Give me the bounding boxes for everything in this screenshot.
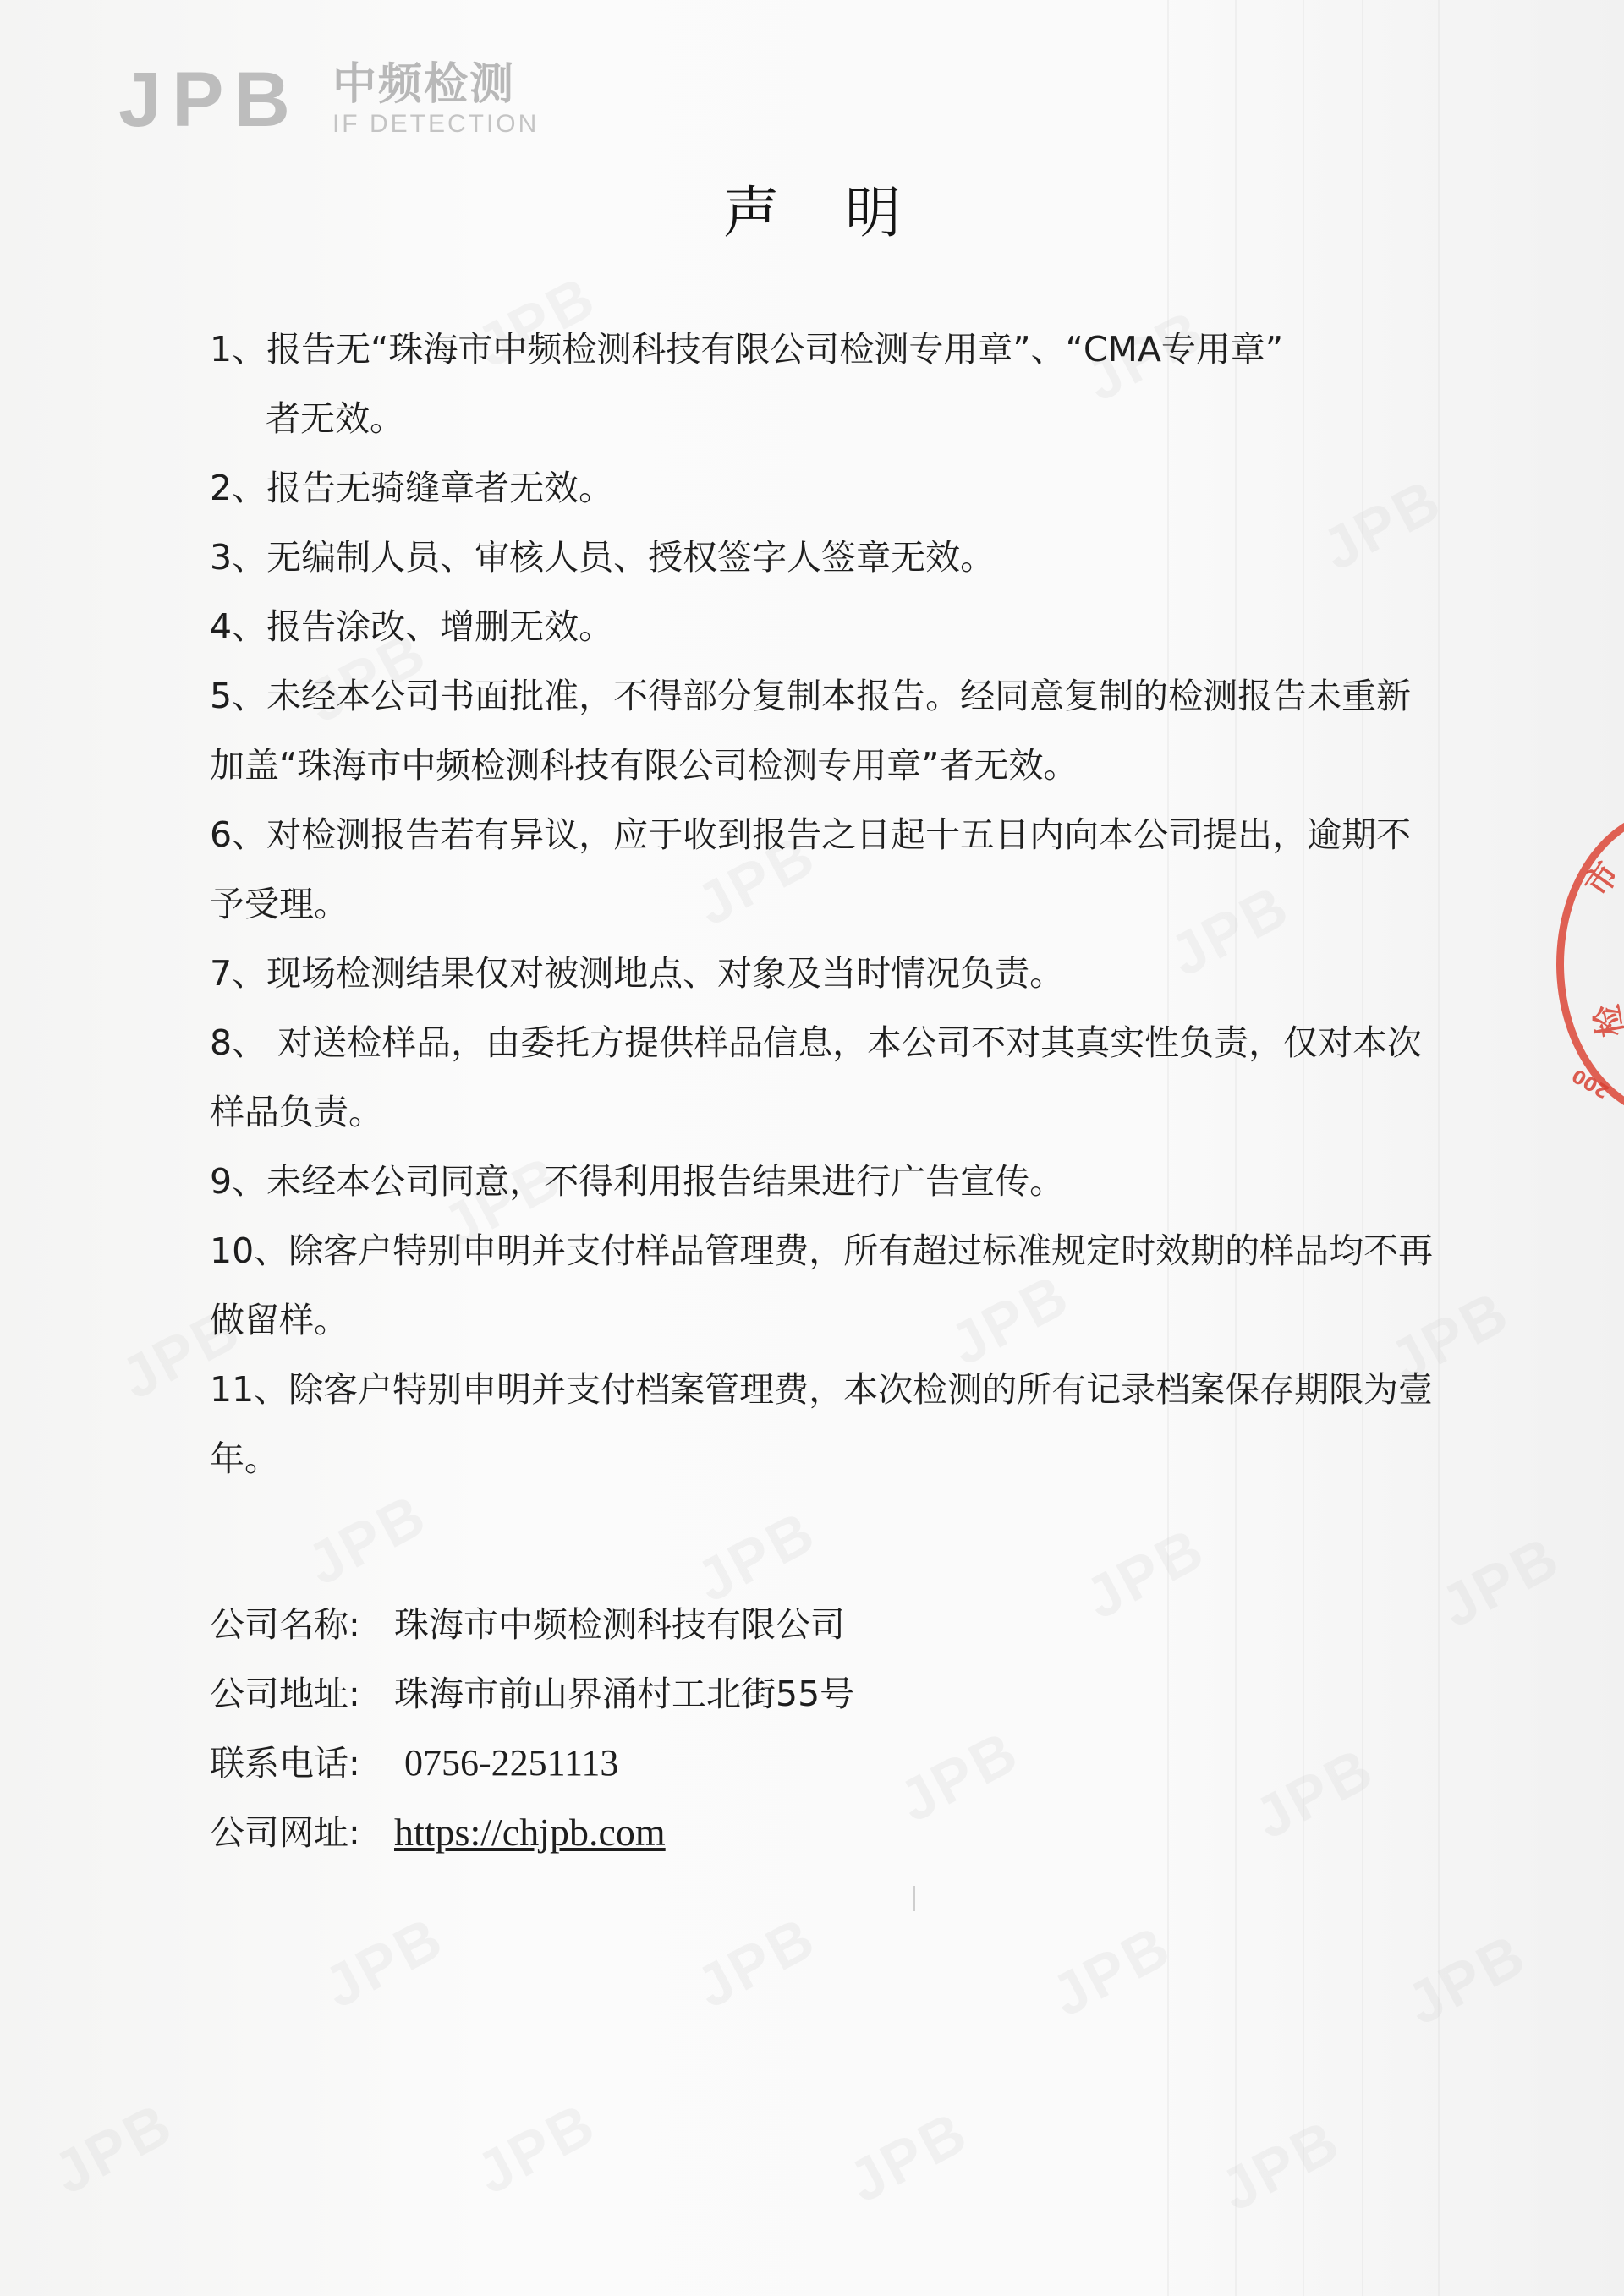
page-title: 声明 — [0, 167, 1624, 248]
clause-number: 8、 — [210, 1022, 266, 1063]
clause-item: 8、 对送检样品，由委托方提供样品信息，本公司不对其真实性负责，仅对本次样品负责… — [210, 1008, 1445, 1147]
fold-mark — [913, 1886, 915, 1911]
watermark: JPB — [42, 2089, 184, 2207]
company-info: 公司名称: 珠海市中频检测科技有限公司 公司地址: 珠海市前山界涌村工北街55号… — [210, 1590, 854, 1867]
declaration-clauses: 1、报告无“珠海市中频检测科技有限公司检测专用章”、“CMA专用章” 者无效。 … — [210, 315, 1445, 1493]
company-website-link[interactable]: https://chjpb.com — [394, 1798, 666, 1867]
watermark: JPB — [837, 2097, 979, 2216]
clause-text: 未经本公司同意，不得利用报告结果进行广告宣传。 — [266, 1161, 1064, 1202]
clause-continuation: 者无效。 — [210, 384, 1445, 453]
logo-name-en: IF DETECTION — [332, 112, 539, 137]
clause-item: 10、除客户特别申明并支付样品管理费，所有超过标准规定时效期的样品均不再做留样。 — [210, 1216, 1445, 1355]
clause-number: 4、 — [210, 606, 266, 647]
document-page: JPB JPB JPB JPB JPB JPB JPB JPB JPB JPB … — [0, 0, 1624, 2296]
watermark: JPB — [1429, 1522, 1572, 1641]
clause-text: 无编制人员、审核人员、授权签字人签章无效。 — [266, 537, 995, 578]
clause-item: 11、除客户特别申明并支付档案管理费，本次检测的所有记录档案保存期限为壹年。 — [210, 1355, 1445, 1493]
watermark: JPB — [465, 2089, 607, 2207]
clause-text: 对送检样品，由委托方提供样品信息，本公司不对其真实性负责，仅对本次样品负责。 — [210, 1022, 1422, 1132]
clause-item: 3、无编制人员、审核人员、授权签字人签章无效。 — [210, 523, 1445, 592]
watermark: JPB — [1243, 1734, 1385, 1852]
clause-number: 1、 — [210, 329, 266, 370]
watermark: JPB — [1074, 1514, 1216, 1632]
clause-text: 报告涂改、增删无效。 — [266, 606, 613, 647]
logo-name-cn: 中频检测 — [332, 63, 539, 107]
company-phone-label: 联系电话: — [210, 1729, 394, 1798]
company-address-value: 珠海市前山界涌村工北街55号 — [394, 1659, 854, 1729]
clause-item: 2、报告无骑缝章者无效。 — [210, 453, 1445, 523]
clause-item: 5、未经本公司书面批准，不得部分复制本报告。经同意复制的检测报告未重新加盖“珠海… — [210, 661, 1445, 800]
watermark: JPB — [1396, 1920, 1538, 2038]
clause-item: 6、对检测报告若有异议，应于收到报告之日起十五日内向本公司提出，逾期不予受理。 — [210, 800, 1445, 939]
watermark: JPB — [1040, 1911, 1182, 2030]
company-phone-value: 0756-2251113 — [394, 1729, 618, 1798]
watermark: JPB — [296, 1480, 438, 1598]
clause-item: 9、未经本公司同意，不得利用报告结果进行广告宣传。 — [210, 1147, 1445, 1216]
company-address-label: 公司地址: — [210, 1659, 394, 1729]
clause-number: 6、 — [210, 814, 266, 855]
clause-item: 7、现场检测结果仅对被测地点、对象及当时情况负责。 — [210, 939, 1445, 1008]
clause-number: 10、 — [210, 1230, 288, 1271]
clause-text: 现场检测结果仅对被测地点、对象及当时情况负责。 — [266, 953, 1064, 994]
clause-item: 1、报告无“珠海市中频检测科技有限公司检测专用章”、“CMA专用章” 者无效。 — [210, 315, 1445, 453]
clause-number: 5、 — [210, 676, 266, 716]
clause-text: 报告无“珠海市中频检测科技有限公司检测专用章”、“CMA专用章” — [266, 329, 1283, 370]
clause-text: 对检测报告若有异议，应于收到报告之日起十五日内向本公司提出，逾期不予受理。 — [210, 814, 1411, 924]
watermark: JPB — [888, 1717, 1030, 1835]
watermark: JPB — [685, 1903, 827, 2021]
watermark: JPB — [313, 1903, 455, 2021]
company-name-label: 公司名称: — [210, 1590, 394, 1659]
company-name-value: 珠海市中频检测科技有限公司 — [394, 1590, 845, 1659]
clause-number: 7、 — [210, 953, 266, 994]
company-address-row: 公司地址: 珠海市前山界涌村工北街55号 — [210, 1659, 854, 1729]
clause-number: 11、 — [210, 1369, 288, 1410]
clause-text: 除客户特别申明并支付档案管理费，本次检测的所有记录档案保存期限为壹年。 — [210, 1369, 1433, 1479]
clause-number: 2、 — [210, 468, 266, 508]
company-website-label: 公司网址: — [210, 1798, 394, 1867]
company-website-row: 公司网址: https://chjpb.com — [210, 1798, 854, 1867]
clause-text: 除客户特别申明并支付样品管理费，所有超过标准规定时效期的样品均不再做留样。 — [210, 1230, 1433, 1340]
logo-text: 中频检测 IF DETECTION — [332, 63, 539, 137]
clause-text: 未经本公司书面批准，不得部分复制本报告。经同意复制的检测报告未重新加盖“珠海市中… — [210, 676, 1411, 786]
watermark: JPB — [1210, 2106, 1352, 2224]
clause-number: 3、 — [210, 537, 266, 578]
company-logo: JPB 中频检测 IF DETECTION — [118, 61, 539, 139]
company-phone-row: 联系电话: 0756-2251113 — [210, 1729, 854, 1798]
seal-text: 检 — [1581, 1001, 1624, 1041]
logo-mark: JPB — [118, 61, 300, 139]
clause-number: 9、 — [210, 1161, 266, 1202]
clause-item: 4、报告涂改、增删无效。 — [210, 592, 1445, 661]
clause-text: 报告无骑缝章者无效。 — [266, 468, 613, 508]
company-name-row: 公司名称: 珠海市中频检测科技有限公司 — [210, 1590, 854, 1659]
